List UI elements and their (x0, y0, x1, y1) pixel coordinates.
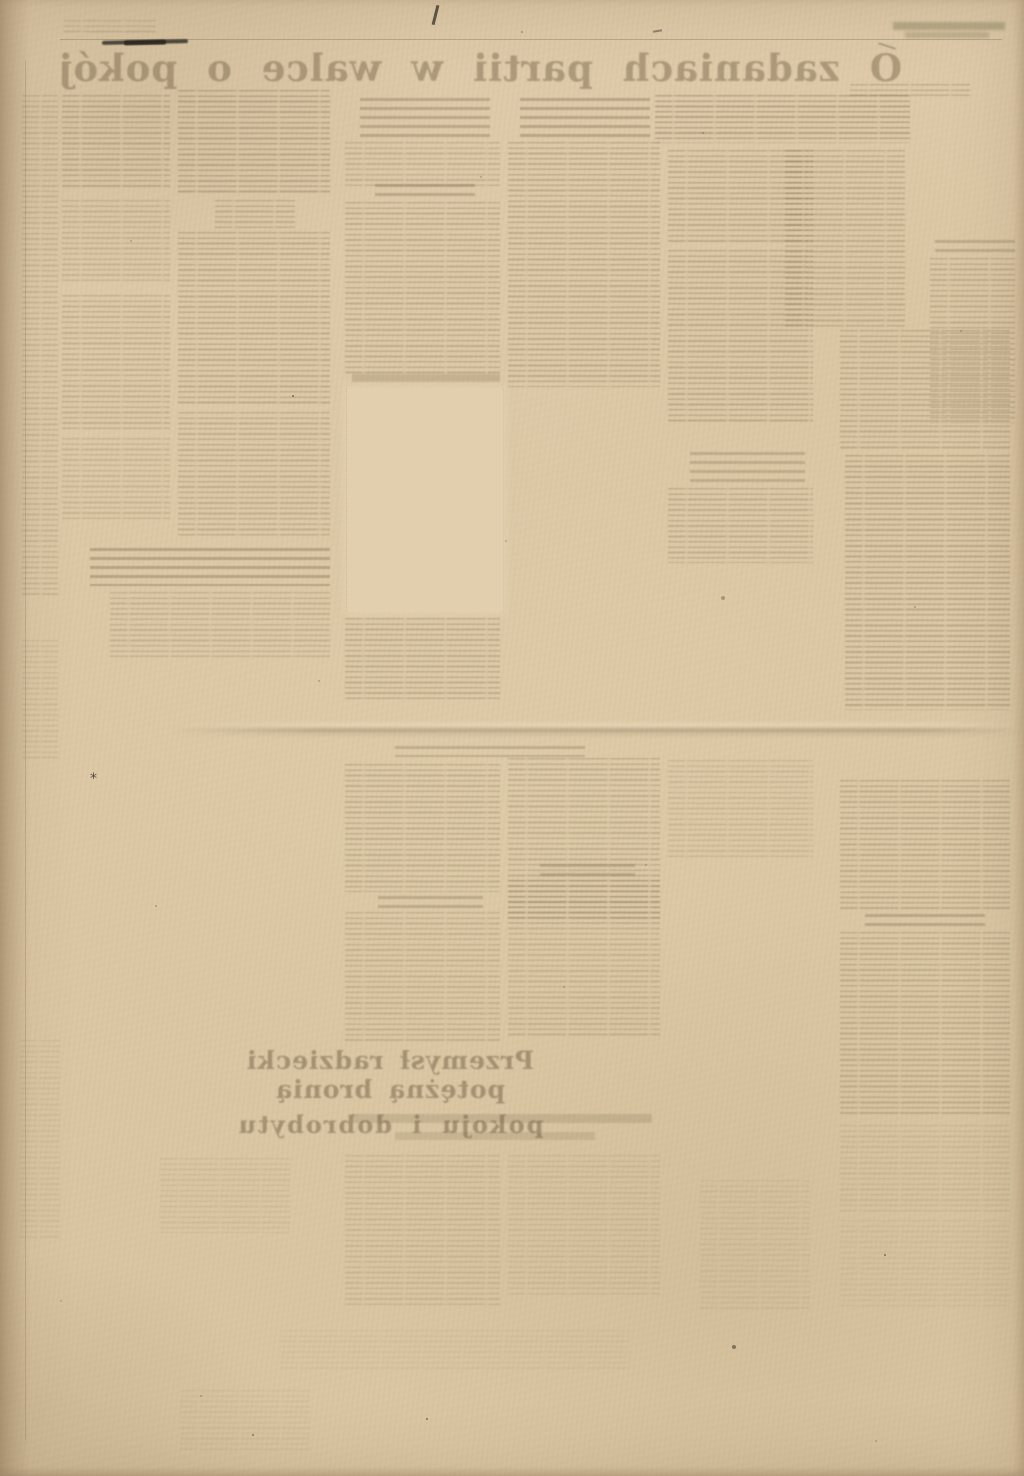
bleed-text-block (178, 90, 330, 195)
bleed-text-block (668, 760, 813, 860)
page-bottom-edge-shadow (0, 1466, 1024, 1476)
newspaper-scan-page: O zadaniach partii w walce o pokój (0, 0, 1024, 1476)
bleedthrough-headline-secondary-line1: Przemysł radziecki potężną bronią (190, 1046, 590, 1104)
bleed-issue-info (64, 20, 156, 34)
bleed-text-block (160, 1158, 290, 1233)
bleed-margin-column (22, 640, 58, 760)
bleedthrough-headline-secondary: Przemysł radziecki potężną bronią pokoju… (190, 1046, 590, 1139)
page-right-edge-shadow (1012, 0, 1024, 1476)
bleed-text-block (345, 764, 500, 892)
bleed-text-block (840, 1125, 1010, 1215)
bleed-text-block (840, 780, 1010, 910)
faded-stamp-line-2 (905, 32, 989, 38)
bleed-text-block (280, 1330, 630, 1370)
bleed-text-block (345, 142, 500, 187)
bleed-text-line (850, 84, 970, 96)
bleed-text-block (178, 412, 330, 537)
bleed-margin-column (22, 95, 58, 595)
bleed-text-block (62, 438, 170, 523)
bleed-text-block (845, 455, 1010, 710)
bleed-subheadline (375, 184, 475, 196)
bleed-margin-column (20, 1040, 60, 1240)
bleed-text-block (508, 142, 660, 387)
bleed-photo-caption (352, 374, 500, 382)
bleed-text-block (668, 488, 813, 563)
bleed-subheadline (360, 98, 490, 138)
bleed-subtitle-line (395, 1132, 595, 1140)
asterisk-mark: * (90, 771, 97, 787)
photo-bleed-void (346, 388, 504, 612)
bleed-text-block (785, 150, 905, 330)
bleed-text-block (700, 1180, 810, 1310)
bleed-subheadline (520, 98, 650, 138)
bleed-text-block (215, 200, 295, 228)
masthead-rule (60, 39, 1002, 40)
bleed-text-block (180, 1390, 310, 1450)
bleed-subheadline (935, 240, 1015, 254)
bleed-text-block (178, 232, 330, 407)
bleed-text-block (840, 330, 1010, 450)
bleed-text-block (345, 202, 500, 374)
bleed-text-block (840, 932, 1010, 1117)
bleed-section-rule (395, 746, 585, 757)
bleedthrough-headline-main: O zadaniach partii w walce o pokój (102, 46, 902, 90)
bleed-text-block (62, 200, 170, 285)
bleed-subheadline (90, 548, 330, 586)
bleed-text-block (508, 1155, 660, 1295)
bleed-text-block (508, 880, 660, 1038)
bleed-text-block (345, 912, 500, 1042)
ink-smudge-core (124, 40, 166, 46)
bleed-text-block (110, 592, 330, 657)
faded-stamp-line-1 (893, 22, 1005, 30)
dark-ink-specks (0, 0, 2, 2)
bleed-text-block (345, 1155, 500, 1305)
bleed-subtitle-line (352, 1114, 652, 1123)
bleed-text-block (62, 95, 170, 190)
fold-crease (170, 720, 1024, 738)
bleed-text-block (345, 618, 500, 703)
bleed-subheadline (540, 864, 635, 876)
bleed-lead-paragraph (655, 95, 910, 143)
bleed-subheadline (865, 914, 985, 927)
bleed-subheadline (690, 452, 805, 482)
bleed-subheadline (378, 896, 483, 908)
bleed-text-block (840, 1220, 1010, 1310)
bleed-text-block (62, 295, 170, 430)
